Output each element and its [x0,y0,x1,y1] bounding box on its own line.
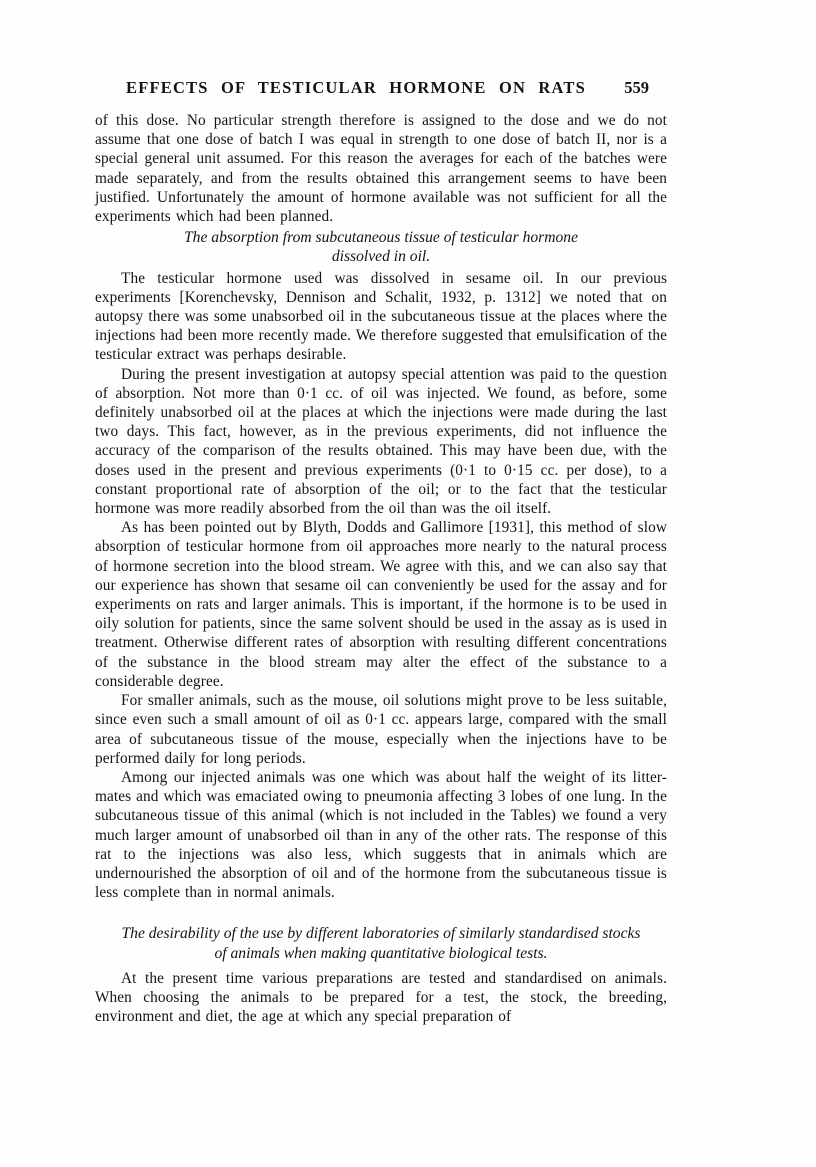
section-heading-absorption: The absorption from subcutaneous tissue … [95,228,667,266]
paragraph-smaller-animals: For smaller animals, such as the mouse, … [95,691,667,768]
section-heading-desirability-line-2: of animals when making quantitative biol… [95,944,667,963]
paragraph-present-time: At the present time various preparations… [95,969,667,1027]
paragraph-blyth-dodds-gallimore: As has been pointed out by Blyth, Dodds … [95,518,667,691]
page-number: 559 [624,78,649,98]
intro-paragraph: of this dose. No particular strength the… [95,111,667,226]
paragraph-injected-animals: Among our injected animals was one which… [95,768,667,902]
running-head-title: EFFECTS OF TESTICULAR HORMONE ON RATS [95,78,667,98]
paragraph-during-investigation: During the present investigation at auto… [95,365,667,519]
section-heading-absorption-line-2: dissolved in oil. [95,247,667,266]
section-heading-desirability-line-1: The desirability of the use by different… [95,924,667,943]
section-heading-absorption-line-1: The absorption from subcutaneous tissue … [95,228,667,247]
running-head: EFFECTS OF TESTICULAR HORMONE ON RATS 55… [95,78,667,100]
paragraph-testicular-hormone: The testicular hormone used was dissolve… [95,269,667,365]
journal-page: EFFECTS OF TESTICULAR HORMONE ON RATS 55… [0,0,816,1167]
section-heading-desirability: The desirability of the use by different… [95,924,667,962]
text-block: EFFECTS OF TESTICULAR HORMONE ON RATS 55… [95,78,667,1026]
